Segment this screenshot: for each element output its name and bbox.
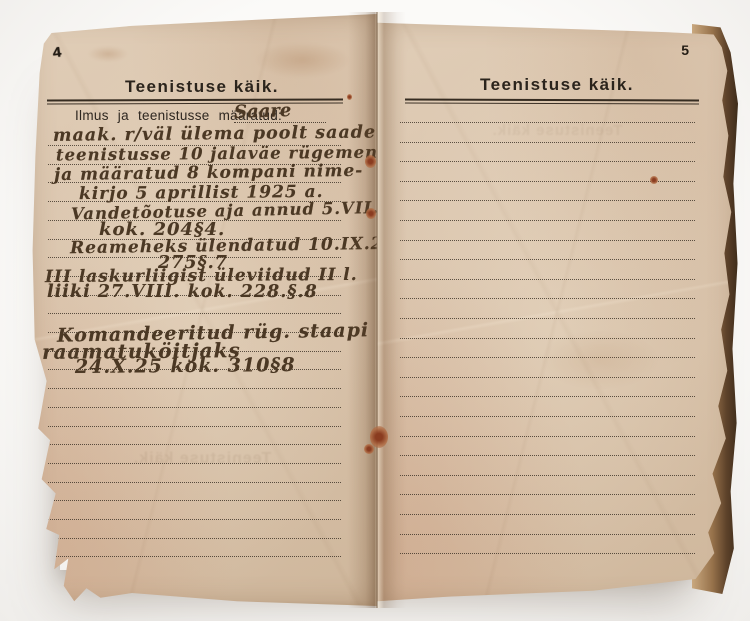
ruled-line xyxy=(48,500,341,501)
handwritten-entry: liiki 27.VIII. kok. 228.§.8 xyxy=(47,282,318,302)
ruled-line xyxy=(400,318,695,319)
right-page-title: Teenistuse käik. xyxy=(377,75,737,95)
ruled-line xyxy=(400,220,695,221)
ruled-line xyxy=(400,259,695,260)
ruled-line xyxy=(48,463,341,464)
ruled-line xyxy=(400,142,695,143)
right-page: 5 Teenistuse käik. Teenistuse käik. xyxy=(377,18,737,606)
handwritten-entry: Saare xyxy=(234,100,292,123)
ghost-text: Teenistuse käik. xyxy=(377,122,737,139)
left-page: 4 Teenistuse käik. Ilmus ja teenistusse … xyxy=(27,14,377,606)
ruled-line xyxy=(400,161,695,162)
ruled-line xyxy=(400,553,695,554)
right-page-number: 5 xyxy=(681,42,689,58)
ruled-line xyxy=(400,298,695,299)
handwritten-entry: Reameheks ülendatud 10.IX.25 xyxy=(70,234,397,259)
ruled-line xyxy=(400,377,695,378)
handwritten-entry: 24.X.25 kok. 310§8 xyxy=(75,354,296,378)
ruled-line xyxy=(400,455,695,456)
ruled-line xyxy=(48,407,341,408)
ruled-line xyxy=(48,482,341,483)
ruled-line xyxy=(400,514,695,515)
ruled-line xyxy=(400,122,695,123)
right-header-rule xyxy=(405,98,699,104)
ruled-line xyxy=(48,444,341,445)
ruled-line xyxy=(400,181,695,182)
ruled-line xyxy=(48,556,341,557)
scanned-service-book: 4 Teenistuse käik. Ilmus ja teenistusse … xyxy=(0,0,750,621)
ruled-line xyxy=(48,388,341,389)
ruled-line xyxy=(48,313,341,314)
ruled-line xyxy=(400,494,695,495)
left-header-rule xyxy=(47,98,343,104)
ruled-line xyxy=(400,357,695,358)
ruled-line xyxy=(400,338,695,339)
ruled-line xyxy=(400,436,695,437)
ruled-line xyxy=(400,475,695,476)
ruled-line xyxy=(400,200,695,201)
ruled-line xyxy=(48,426,341,427)
ruled-line xyxy=(400,240,695,241)
ruled-line xyxy=(400,279,695,280)
ruled-line xyxy=(400,534,695,535)
ruled-line xyxy=(400,416,695,417)
left-page-title: Teenistuse käik. xyxy=(27,77,377,97)
ruled-line xyxy=(48,538,341,539)
ruled-line xyxy=(48,519,341,520)
ruled-line xyxy=(400,396,695,397)
ghost-text: Teenistuse käik. xyxy=(27,450,377,468)
left-page-number: 4 xyxy=(52,43,63,60)
